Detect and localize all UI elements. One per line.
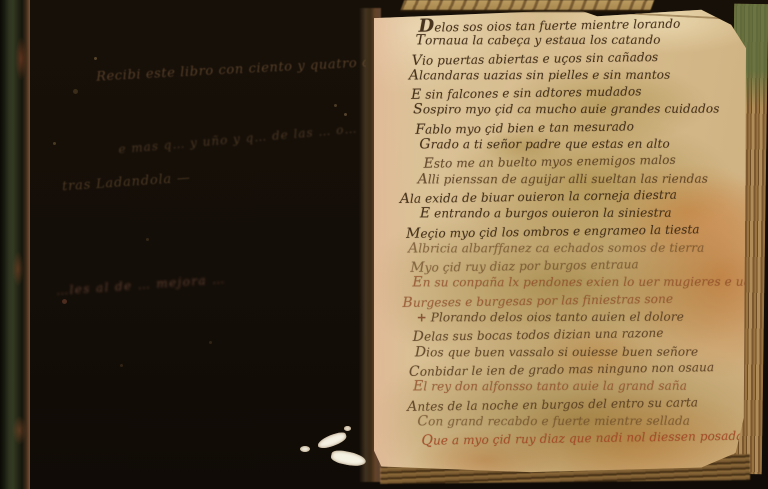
- verse-line: Que a myo çid ruy diaz que nadi nol dies…: [421, 427, 768, 450]
- right-page: Delos sos oios tan fuerte mientre lorand…: [374, 6, 746, 474]
- flyleaf-note: tras Ladandola —: [62, 171, 192, 195]
- flyleaf-note: Recibi este libro con ciento y quatro oj…: [96, 54, 391, 84]
- flyleaf-note: e mas q… y uño y q… de las … o…: [118, 122, 358, 157]
- manuscript-photo: Recibi este libro con ciento y quatro oj…: [0, 0, 768, 489]
- flyleaf-note: …les al de … mejora …: [56, 272, 226, 298]
- marginal-cross-mark: +: [417, 309, 427, 326]
- page-tear: [344, 426, 351, 431]
- left-page: Recibi este libro con ciento y quatro oj…: [28, 10, 366, 482]
- page-tear: [300, 446, 310, 452]
- book-binding-edge: [0, 0, 30, 489]
- upper-leaf-edge: [400, 0, 654, 12]
- verse-column: Delos sos oios tan fuerte mientre lorand…: [392, 14, 768, 449]
